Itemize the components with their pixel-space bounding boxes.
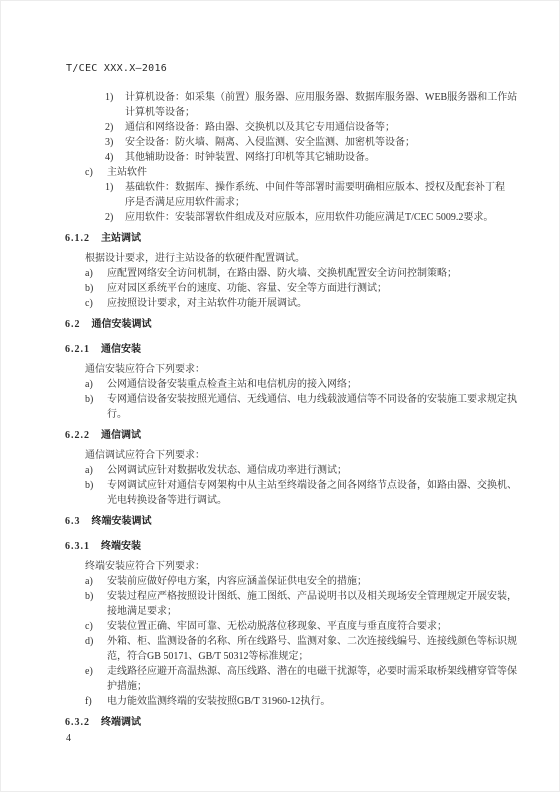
- document-standard-number-header: T/CEC XXX.X—2016: [66, 63, 167, 74]
- line-text: 专网调试应针对通信专网架构中从主站至终端设备之间各网络节点设备，如路由器、交换机…: [107, 480, 517, 491]
- line-text: 根据设计要求，进行主站设备的软硬件配置调试。: [85, 253, 305, 264]
- line-text: 应按照设计要求，对主站软件功能开展调试。: [107, 298, 307, 309]
- text-line: 范，符合GB 50171、GB/T 50312等标准规定；: [65, 649, 510, 664]
- section-heading: 6.3.1终端安装: [65, 539, 510, 554]
- section-number: 6.1.2: [65, 231, 90, 246]
- item-label: b): [85, 589, 107, 604]
- section-heading: 6.3.2终端调试: [65, 715, 510, 730]
- text-line: 3)安全设备：防火墙、隔离、入侵监测、安全监测、加密机等设备；: [65, 135, 510, 150]
- line-text: 通信安装: [101, 344, 141, 355]
- text-line: a)公网调试应针对数据收发状态、通信成功率进行测试；: [65, 463, 510, 478]
- section-number: 6.2: [65, 317, 81, 332]
- text-line: 接地满足要求；: [65, 604, 510, 619]
- section-heading: 6.3终端安装调试: [65, 514, 510, 529]
- text-line: 2)应用软件：安装部署软件组成及对应版本，应用软件功能应满足T/CEC 5009…: [65, 210, 510, 225]
- line-text: 公网通信设备安装重点检查主站和电信机房的接入网络；: [107, 379, 357, 390]
- section-number: 6.3.1: [65, 539, 90, 554]
- line-text: 公网调试应针对数据收发状态、通信成功率进行测试；: [107, 465, 347, 476]
- item-label: d): [85, 634, 107, 649]
- text-line: c)应按照设计要求，对主站软件功能开展调试。: [65, 296, 510, 311]
- line-text: 通信和网络设备：路由器、交换机以及其它专用通信设备等；: [125, 122, 395, 133]
- section-number: 6.3: [65, 514, 81, 529]
- line-text: 其他辅助设备：时钟装置、网络打印机等其它辅助设备。: [125, 152, 375, 163]
- text-line: b)专网通信设备安装按照光通信、无线通信、电力线载波通信等不同设备的安装施工要求…: [65, 392, 510, 407]
- item-label: c): [85, 296, 107, 311]
- item-label: b): [85, 478, 107, 493]
- text-line: 计算机等设备；: [65, 105, 510, 120]
- item-label: 2): [105, 210, 125, 225]
- section-heading: 6.2.1通信安装: [65, 342, 510, 357]
- text-line: c)主站软件: [65, 165, 510, 180]
- line-text: 安全设备：防火墙、隔离、入侵监测、安全监测、加密机等设备；: [125, 137, 415, 148]
- text-line: b)应对园区系统平台的速度、功能、容量、安全等方面进行测试；: [65, 281, 510, 296]
- section-heading: 6.2通信安装调试: [65, 317, 510, 332]
- section-number: 6.2.2: [65, 428, 90, 443]
- text-line: 通信调试应符合下列要求：: [65, 448, 510, 463]
- line-text: 通信安装应符合下列要求：: [85, 364, 205, 375]
- line-text: 主站软件: [107, 167, 147, 178]
- line-text: 终端安装: [101, 541, 141, 552]
- line-text: 终端调试: [101, 717, 141, 728]
- text-line: 1)基础软件：数据库、操作系统、中间件等部署时需要明确相应版本、授权及配套补丁程: [65, 180, 510, 195]
- text-line: b)专网调试应针对通信专网架构中从主站至终端设备之间各网络节点设备，如路由器、交…: [65, 478, 510, 493]
- section-heading: 6.1.2主站调试: [65, 231, 510, 246]
- text-line: 通信安装应符合下列要求：: [65, 362, 510, 377]
- item-label: c): [85, 619, 107, 634]
- text-line: a)应配置网络安全访问机制，在路由器、防火墙、交换机配置安全访问控制策略；: [65, 266, 510, 281]
- line-text: 接地满足要求；: [107, 606, 177, 617]
- section-number: 6.3.2: [65, 715, 90, 730]
- item-label: c): [85, 165, 107, 180]
- line-text: 终端安装调试: [92, 516, 152, 527]
- text-line: f)电力能效监测终端的安装按照GB/T 31960-12执行。: [65, 694, 510, 709]
- item-label: a): [85, 574, 107, 589]
- line-text: 行。: [107, 409, 127, 420]
- line-text: 外箱、柜、监测设备的名称、所在线路号、监测对象、二次连接线编号、连接线颜色等标识…: [107, 636, 517, 647]
- line-text: 通信调试应符合下列要求：: [85, 450, 205, 461]
- text-line: c)安装位置正确、牢固可靠、无松动脱落位移现象、平直度与垂直度符合要求；: [65, 619, 510, 634]
- line-text: 序是否满足应用软件需求；: [125, 197, 245, 208]
- item-label: a): [85, 266, 107, 281]
- line-text: 通信调试: [101, 430, 141, 441]
- text-line: 2)通信和网络设备：路由器、交换机以及其它专用通信设备等；: [65, 120, 510, 135]
- line-text: 专网通信设备安装按照光通信、无线通信、电力线载波通信等不同设备的安装施工要求规定…: [107, 394, 517, 405]
- text-line: a)安装前应做好停电方案，内容应涵盖保证供电安全的措施；: [65, 574, 510, 589]
- text-line: b)安装过程应严格按照设计图纸、施工图纸、产品说明书以及相关现场安全管理规定开展…: [65, 589, 510, 604]
- document-page: T/CEC XXX.X—2016 1)计算机设备：如采集（前置）服务器、应用服务…: [0, 0, 560, 792]
- line-text: 应对园区系统平台的速度、功能、容量、安全等方面进行测试；: [107, 283, 387, 294]
- line-text: 护措施；: [107, 681, 147, 692]
- text-line: 护措施；: [65, 679, 510, 694]
- text-line: 终端安装应符合下列要求：: [65, 559, 510, 574]
- text-line: 根据设计要求，进行主站设备的软硬件配置调试。: [65, 251, 510, 266]
- text-line: a)公网通信设备安装重点检查主站和电信机房的接入网络；: [65, 377, 510, 392]
- section-number: 6.2.1: [65, 342, 90, 357]
- item-label: e): [85, 664, 107, 679]
- line-text: 主站调试: [101, 233, 141, 244]
- line-text: 应配置网络安全访问机制，在路由器、防火墙、交换机配置安全访问控制策略；: [107, 268, 457, 279]
- item-label: 2): [105, 120, 125, 135]
- line-text: 走线路径应避开高温热源、高压线路、潜在的电磁干扰源等，必要时需采取桥架线槽穿管等…: [107, 666, 517, 677]
- item-label: 1): [105, 180, 125, 195]
- item-label: a): [85, 377, 107, 392]
- text-line: d)外箱、柜、监测设备的名称、所在线路号、监测对象、二次连接线编号、连接线颜色等…: [65, 634, 510, 649]
- text-line: 行。: [65, 407, 510, 422]
- line-text: 计算机设备：如采集（前置）服务器、应用服务器、数据库服务器、WEB服务器和工作站: [125, 92, 517, 103]
- item-label: a): [85, 463, 107, 478]
- text-line: 4)其他辅助设备：时钟装置、网络打印机等其它辅助设备。: [65, 150, 510, 165]
- item-label: 3): [105, 135, 125, 150]
- text-line: e)走线路径应避开高温热源、高压线路、潜在的电磁干扰源等，必要时需采取桥架线槽穿…: [65, 664, 510, 679]
- item-label: 1): [105, 90, 125, 105]
- line-text: 基础软件：数据库、操作系统、中间件等部署时需要明确相应版本、授权及配套补丁程: [125, 182, 505, 193]
- line-text: 范，符合GB 50171、GB/T 50312等标准规定；: [107, 651, 309, 662]
- document-content: 1)计算机设备：如采集（前置）服务器、应用服务器、数据库服务器、WEB服务器和工…: [65, 90, 510, 735]
- text-line: 光电转换设备等进行调试。: [65, 493, 510, 508]
- item-label: b): [85, 281, 107, 296]
- item-label: b): [85, 392, 107, 407]
- text-line: 1)计算机设备：如采集（前置）服务器、应用服务器、数据库服务器、WEB服务器和工…: [65, 90, 510, 105]
- item-label: f): [85, 694, 107, 709]
- line-text: 安装前应做好停电方案，内容应涵盖保证供电安全的措施；: [107, 576, 367, 587]
- item-label: 4): [105, 150, 125, 165]
- line-text: 安装过程应严格按照设计图纸、施工图纸、产品说明书以及相关现场安全管理规定开展安装…: [107, 591, 517, 602]
- text-line: 序是否满足应用软件需求；: [65, 195, 510, 210]
- line-text: 安装位置正确、牢固可靠、无松动脱落位移现象、平直度与垂直度符合要求；: [107, 621, 447, 632]
- page-number: 4: [66, 733, 71, 744]
- line-text: 计算机等设备；: [125, 107, 195, 118]
- section-heading: 6.2.2通信调试: [65, 428, 510, 443]
- line-text: 电力能效监测终端的安装按照GB/T 31960-12执行。: [107, 696, 330, 707]
- line-text: 通信安装调试: [92, 319, 152, 330]
- line-text: 应用软件：安装部署软件组成及对应版本，应用软件功能应满足T/CEC 5009.2…: [125, 212, 493, 223]
- line-text: 光电转换设备等进行调试。: [107, 495, 227, 506]
- line-text: 终端安装应符合下列要求：: [85, 561, 205, 572]
